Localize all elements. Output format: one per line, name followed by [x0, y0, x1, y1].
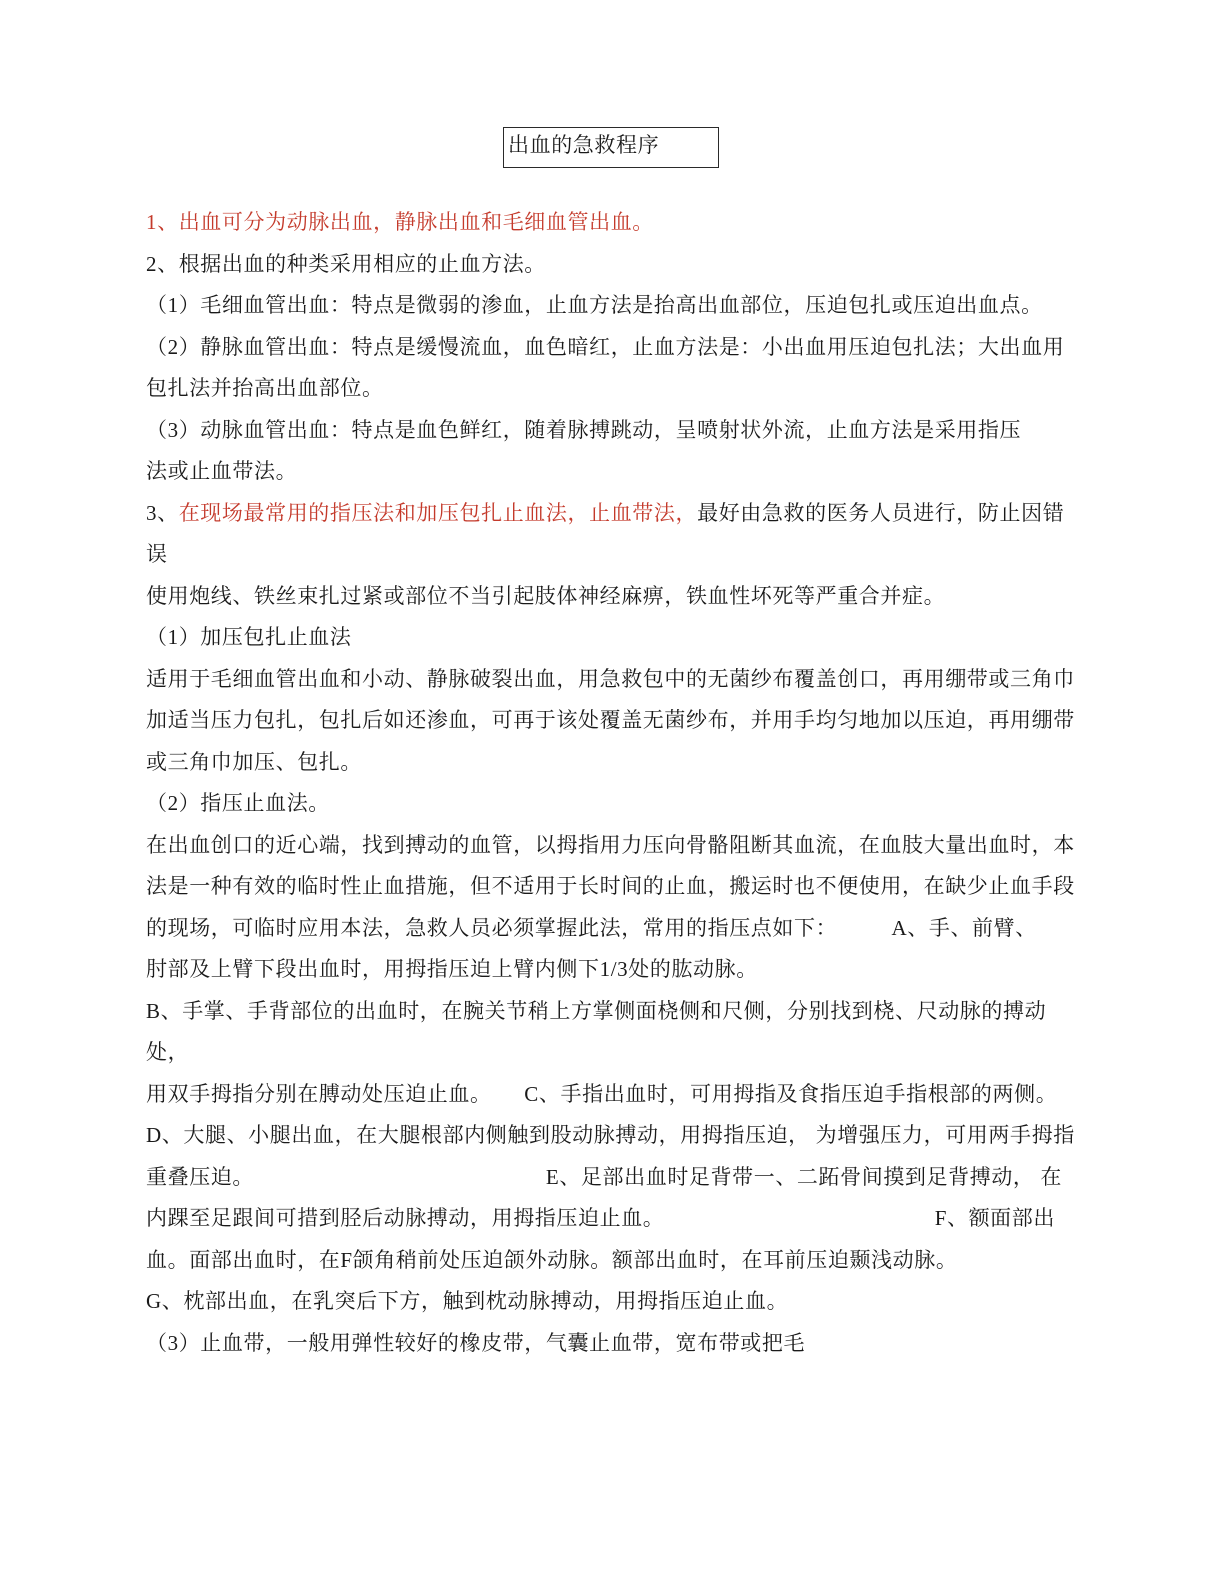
text-line: 或三角巾加压、包扎。 [146, 742, 1082, 784]
text-line: 1、出血可分为动脉出血，静脉出血和毛细血管出血。 [146, 202, 1082, 244]
text-line: （1）加压包扎止血法 [146, 617, 1082, 659]
text-segment: B、手掌、手背部位的出血时，在腕关节稍上方掌侧面桡侧和尺侧，分别找到桡、尺动脉的… [146, 999, 1046, 1065]
text-line: 的现场，可临时应用本法，急救人员必须掌握此法，常用的指压点如下： A、手、前臂、 [146, 908, 1082, 950]
text-segment: 用双手拇指分别在膊动处压迫止血。 C、手指出血时，可用拇指及食指压迫手指根部的两… [146, 1082, 1057, 1106]
text-segment: （1）加压包扎止血法 [146, 625, 352, 649]
text-segment: 在现场最常用的指压法和加压包扎止血法，止血带法， [179, 501, 697, 525]
text-segment: （1）毛细血管出血：特点是微弱的渗血，止血方法是抬高出血部位，压迫包扎或压迫出血… [146, 293, 1043, 317]
text-line: （2）静脉血管出血：特点是缓慢流血，血色暗红，止血方法是：小出血用压迫包扎法；大… [146, 327, 1082, 369]
text-line: 法是一种有效的临时性止血措施，但不适用于长时间的止血，搬运时也不便使用，在缺少止… [146, 866, 1082, 908]
text-segment: （2）静脉血管出血：特点是缓慢流血，血色暗红，止血方法是：小出血用压迫包扎法；大… [146, 335, 1064, 359]
text-line: 加适当压力包扎，包扎后如还渗血，可再于该处覆盖无菌纱布，并用手均匀地加以压迫，再… [146, 700, 1082, 742]
text-segment: 2、根据出血的种类采用相应的止血方法。 [146, 252, 546, 276]
text-line: 使用炮线、铁丝束扎过紧或部位不当引起肢体神经麻痹，铁血性坏死等严重合并症。 [146, 576, 1082, 618]
text-line: 包扎法并抬高出血部位。 [146, 368, 1082, 410]
text-segment: 使用炮线、铁丝束扎过紧或部位不当引起肢体神经麻痹，铁血性坏死等严重合并症。 [146, 584, 945, 608]
text-segment: 重叠压迫。 E、足部出血时足背带一、二跖骨间摸到足背搏动， 在 [146, 1165, 1062, 1189]
document-title-box: 出血的急救程序 [503, 127, 719, 168]
text-line: 适用于毛细血管出血和小动、静脉破裂出血，用急救包中的无菌纱布覆盖创口，再用绷带或… [146, 659, 1082, 701]
text-line: D、大腿、小腿出血，在大腿根部内侧触到股动脉搏动，用拇指压迫， 为增强压力，可用… [146, 1115, 1082, 1157]
text-line: 在出血创口的近心端，找到搏动的血管，以拇指用力压向骨骼阻断其血流，在血肢大量出血… [146, 825, 1082, 867]
text-segment: （3）动脉血管出血：特点是血色鲜红，随着脉搏跳动，呈喷射状外流，止血方法是采用指… [146, 418, 1021, 442]
text-segment: 内踝至足跟间可措到胫后动脉搏动，用拇指压迫止血。 F、额面部出 [146, 1206, 1055, 1230]
text-segment: 肘部及上臂下段出血时，用拇指压迫上臂内侧下1/3处的肱动脉。 [146, 957, 758, 981]
text-lines: 1、出血可分为动脉出血，静脉出血和毛细血管出血。2、根据出血的种类采用相应的止血… [146, 202, 1082, 1364]
text-segment: 3、 [146, 501, 179, 525]
text-line: （2）指压止血法。 [146, 783, 1082, 825]
text-line: （1）毛细血管出血：特点是微弱的渗血，止血方法是抬高出血部位，压迫包扎或压迫出血… [146, 285, 1082, 327]
text-line: 血。面部出血时，在F颌角稍前处压迫颌外动脉。额部出血时，在耳前压迫颞浅动脉。 [146, 1240, 1082, 1282]
text-line: 用双手拇指分别在膊动处压迫止血。 C、手指出血时，可用拇指及食指压迫手指根部的两… [146, 1074, 1082, 1116]
text-segment: 加适当压力包扎，包扎后如还渗血，可再于该处覆盖无菌纱布，并用手均匀地加以压迫，再… [146, 708, 1075, 732]
text-line: 3、在现场最常用的指压法和加压包扎止血法，止血带法，最好由急救的医务人员进行，防… [146, 493, 1082, 576]
text-line: 2、根据出血的种类采用相应的止血方法。 [146, 244, 1082, 286]
text-segment: 血。面部出血时，在F颌角稍前处压迫颌外动脉。额部出血时，在耳前压迫颞浅动脉。 [146, 1248, 957, 1272]
text-line: G、枕部出血，在乳突后下方，触到枕动脉搏动，用拇指压迫止血。 [146, 1281, 1082, 1323]
document-title: 出血的急救程序 [508, 133, 659, 157]
text-line: （3）动脉血管出血：特点是血色鲜红，随着脉搏跳动，呈喷射状外流，止血方法是采用指… [146, 410, 1082, 452]
text-segment: 适用于毛细血管出血和小动、静脉破裂出血，用急救包中的无菌纱布覆盖创口，再用绷带或… [146, 667, 1075, 691]
text-segment: （3）止血带，一般用弹性较好的橡皮带，气囊止血带，宽布带或把毛 [146, 1331, 805, 1355]
text-segment: （2）指压止血法。 [146, 791, 330, 815]
text-segment: 包扎法并抬高出血部位。 [146, 376, 384, 400]
text-segment: 法是一种有效的临时性止血措施，但不适用于长时间的止血，搬运时也不便使用，在缺少止… [146, 874, 1075, 898]
text-line: 重叠压迫。 E、足部出血时足背带一、二跖骨间摸到足背搏动， 在 [146, 1157, 1082, 1199]
text-line: 法或止血带法。 [146, 451, 1082, 493]
document-page: 出血的急救程序 1、出血可分为动脉出血，静脉出血和毛细血管出血。2、根据出血的种… [146, 127, 1082, 1364]
text-line: 内踝至足跟间可措到胫后动脉搏动，用拇指压迫止血。 F、额面部出 [146, 1198, 1082, 1240]
text-line: B、手掌、手背部位的出血时，在腕关节稍上方掌侧面桡侧和尺侧，分别找到桡、尺动脉的… [146, 991, 1082, 1074]
text-segment: 在出血创口的近心端，找到搏动的血管，以拇指用力压向骨骼阻断其血流，在血肢大量出血… [146, 833, 1075, 857]
text-segment: 或三角巾加压、包扎。 [146, 750, 362, 774]
text-line: （3）止血带，一般用弹性较好的橡皮带，气囊止血带，宽布带或把毛 [146, 1323, 1082, 1365]
text-segment: G、枕部出血，在乳突后下方，触到枕动脉搏动，用拇指压迫止血。 [146, 1289, 788, 1313]
text-segment: 1、出血可分为动脉出血，静脉出血和毛细血管出血。 [146, 210, 654, 234]
text-line: 肘部及上臂下段出血时，用拇指压迫上臂内侧下1/3处的肱动脉。 [146, 949, 1082, 991]
text-segment: 法或止血带法。 [146, 459, 297, 483]
text-segment: 的现场，可临时应用本法，急救人员必须掌握此法，常用的指压点如下： A、手、前臂、 [146, 916, 1037, 940]
text-segment: D、大腿、小腿出血，在大腿根部内侧触到股动脉搏动，用拇指压迫， 为增强压力，可用… [146, 1123, 1075, 1147]
